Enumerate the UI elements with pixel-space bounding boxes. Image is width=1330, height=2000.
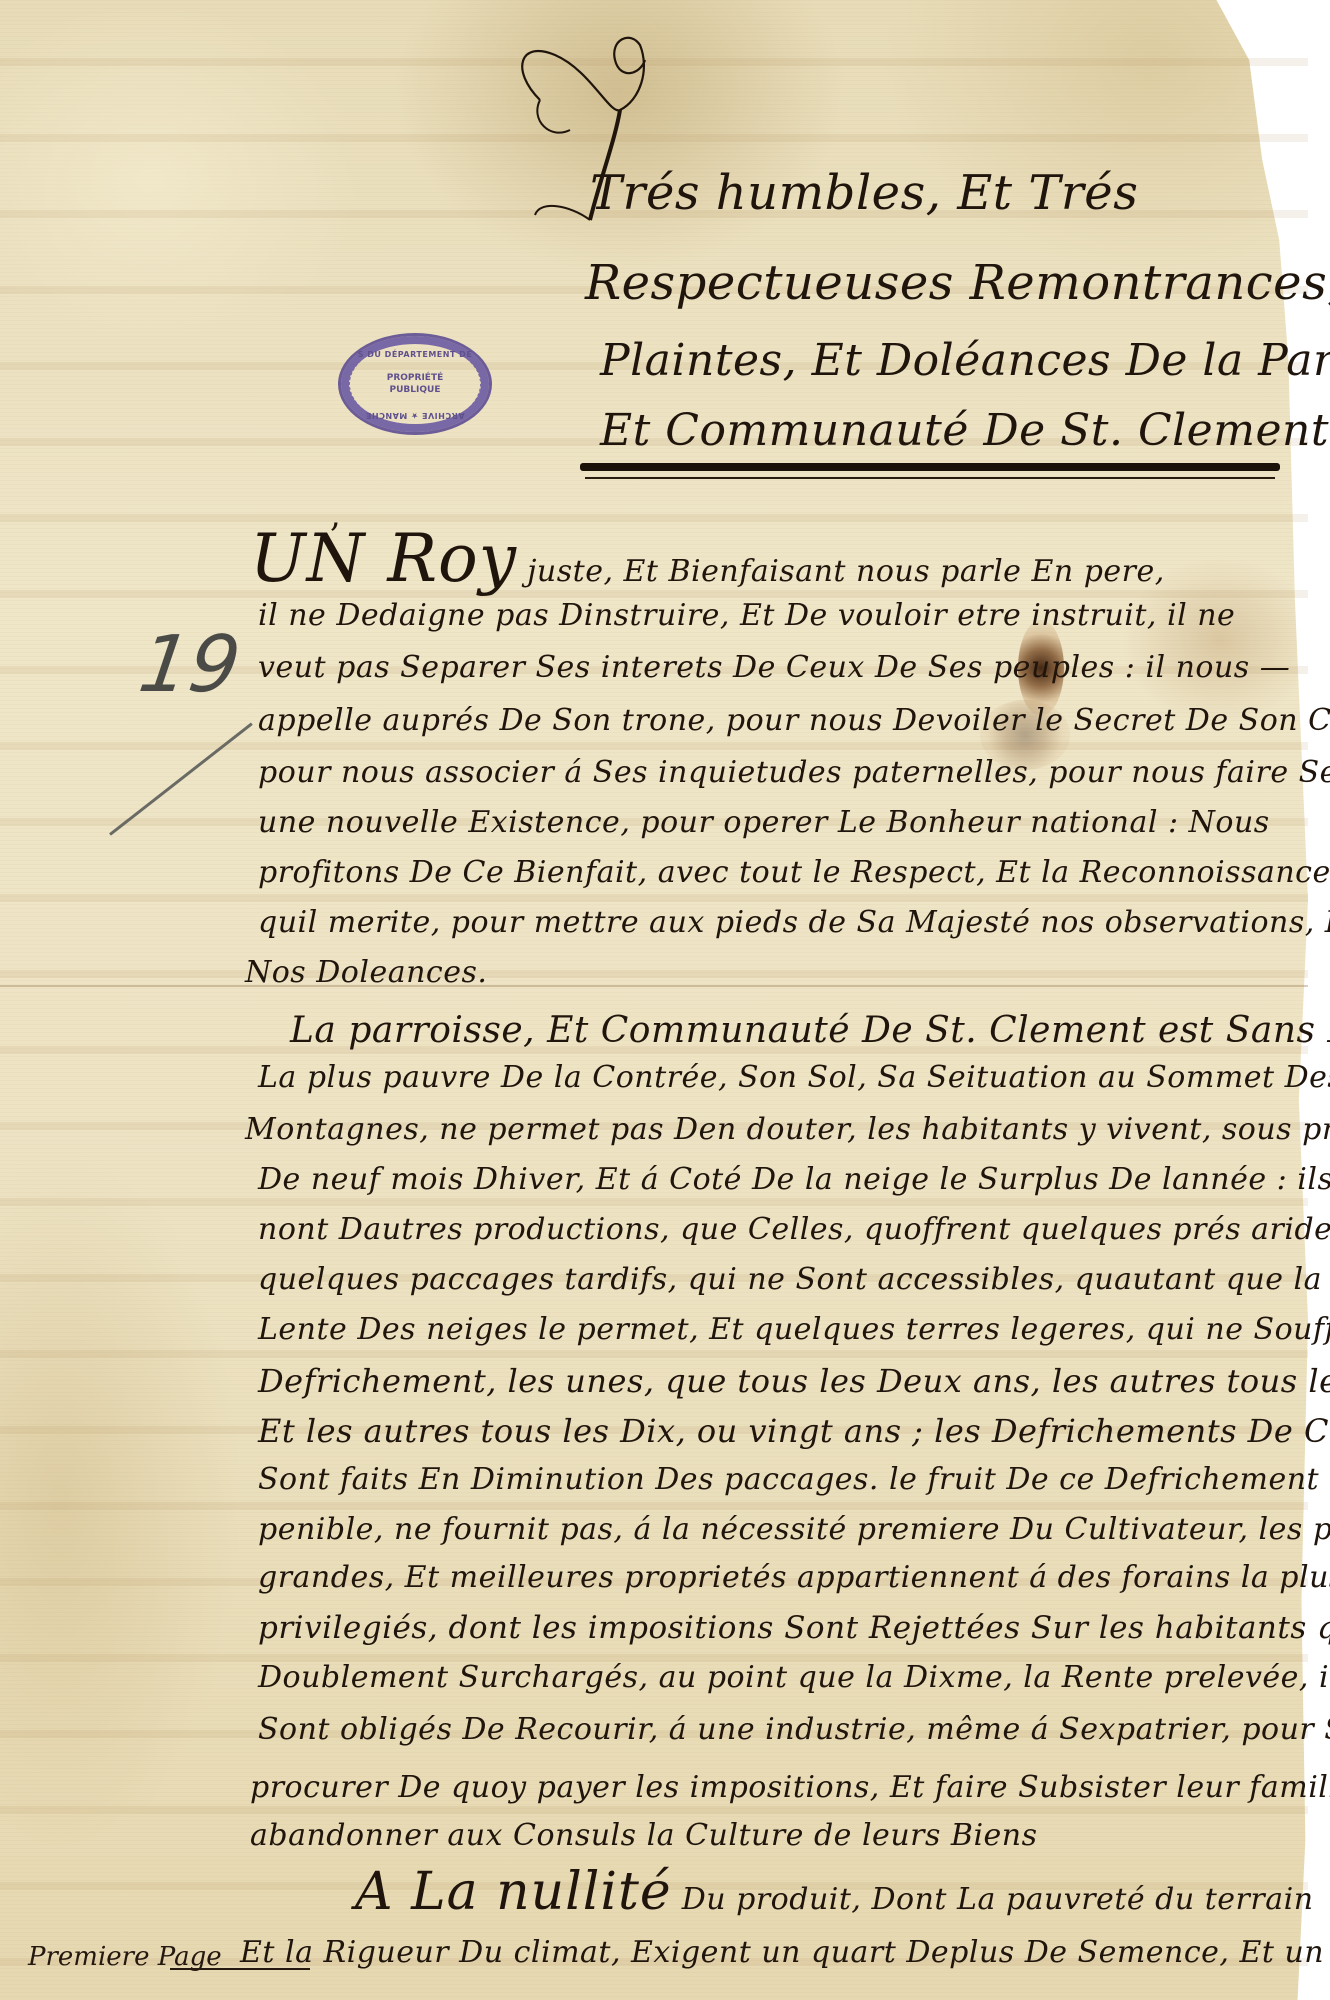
paragraph-3-line-2: Et la Rigueur Du climat, Exigent un quar…	[240, 1935, 1330, 1970]
paragraph-2-line-8: Defrichement, les unes, que tous les Deu…	[258, 1362, 1330, 1400]
paper-fold-line	[0, 985, 1308, 987]
paragraph-2-line-15: Sont obligés De Recourir, á une industri…	[258, 1712, 1330, 1747]
title-line-1: Trés humbles, Et Trés	[590, 165, 1138, 221]
paragraph-2-line-13: privilegiés, dont les impositions Sont R…	[258, 1610, 1330, 1646]
paragraph-2-line-11: penible, ne fournit pas, á la nécessité …	[258, 1512, 1330, 1547]
stamp-line-2: PUBLIQUE	[341, 384, 489, 396]
paragraph-1-line-6: une nouvelle Existence, pour operer Le B…	[258, 805, 1270, 840]
paragraph-2-line-6: quelques paccages tardifs, qui ne Sont a…	[258, 1262, 1330, 1297]
paragraph-2-line-16: procurer De quoy payer les impositions, …	[250, 1770, 1330, 1805]
folio-number: 19	[134, 620, 246, 710]
paragraph-3-line-1: A La nullité Du produit, Dont La pauvret…	[355, 1862, 1314, 1922]
title-line-2: Respectueuses Remontrances,	[585, 255, 1330, 311]
title-line-3: Plaintes, Et Doléances De la Parroisse	[600, 335, 1330, 386]
paragraph-1-lead: UN Roy	[250, 520, 517, 597]
stamp-center-text: PROPRIÉTÉ PUBLIQUE	[341, 372, 489, 396]
paragraph-1-line-7: profitons De Ce Bienfait, avec tout le R…	[258, 855, 1330, 890]
paragraph-2-line-12: grandes, Et meilleures proprietés appart…	[258, 1560, 1330, 1595]
paragraph-2-line-4: De neuf mois Dhiver, Et á Coté De la nei…	[258, 1162, 1330, 1197]
title-underline-thin	[585, 477, 1275, 479]
paragraph-2-line-2: La plus pauvre De la Contrée, Son Sol, S…	[258, 1060, 1330, 1095]
paragraph-1-line-5: pour nous associer á Ses inquietudes pat…	[258, 755, 1330, 790]
paragraph-2-line-3: Montagnes, ne permet pas Den douter, les…	[245, 1112, 1330, 1147]
stamp-bottom-arc-text: ARCHIVE ★ MANCHE	[341, 411, 489, 420]
stamp-top-arc-text: S DU DÉPARTEMENT DE	[341, 350, 489, 359]
title-underline-thick	[580, 463, 1280, 471]
paragraph-2-line-5: nont Dautres productions, que Celles, qu…	[258, 1212, 1330, 1247]
paragraph-2-line-10: Sont faits En Diminution Des paccages. l…	[258, 1462, 1330, 1497]
paragraph-2-line-17: abandonner aux Consuls la Culture de leu…	[250, 1818, 1038, 1853]
stamp-line-1: PROPRIÉTÉ	[341, 372, 489, 384]
paragraph-1-line-9: Nos Doleances.	[245, 955, 487, 990]
signature-flourish	[170, 1968, 310, 1970]
paragraph-1-line-1-text: juste, Et Bienfaisant nous parle En pere…	[517, 554, 1165, 589]
paragraph-3-lead: A La nullité	[355, 1862, 672, 1922]
paragraph-3-line-1-text: Du produit, Dont La pauvreté du terrain	[672, 1882, 1314, 1917]
paragraph-1-line-1: UN Roy juste, Et Bienfaisant nous parle …	[250, 520, 1165, 597]
paragraph-1-line-4: appelle auprés De Son trone, pour nous D…	[258, 703, 1330, 738]
paragraph-1-line-3: veut pas Separer Ses interets De Ceux De…	[258, 650, 1290, 685]
paragraph-2-line-14: Doublement Surchargés, au point que la D…	[258, 1660, 1330, 1695]
paragraph-1-line-2: il ne Dedaigne pas Dinstruire, Et De vou…	[258, 598, 1235, 633]
archive-stamp: S DU DÉPARTEMENT DE PROPRIÉTÉ PUBLIQUE A…	[338, 333, 492, 435]
paragraph-2-line-7: Lente Des neiges le permet, Et quelques …	[258, 1312, 1330, 1347]
paragraph-2-line-9: Et les autres tous les Dix, ou vingt ans…	[258, 1412, 1330, 1450]
paragraph-1-line-8: quil merite, pour mettre aux pieds de Sa…	[258, 905, 1330, 940]
paragraph-2-line-1: La parroisse, Et Communauté De St. Cleme…	[290, 1010, 1330, 1051]
title-line-4: Et Communauté De St. Clement	[600, 405, 1329, 456]
